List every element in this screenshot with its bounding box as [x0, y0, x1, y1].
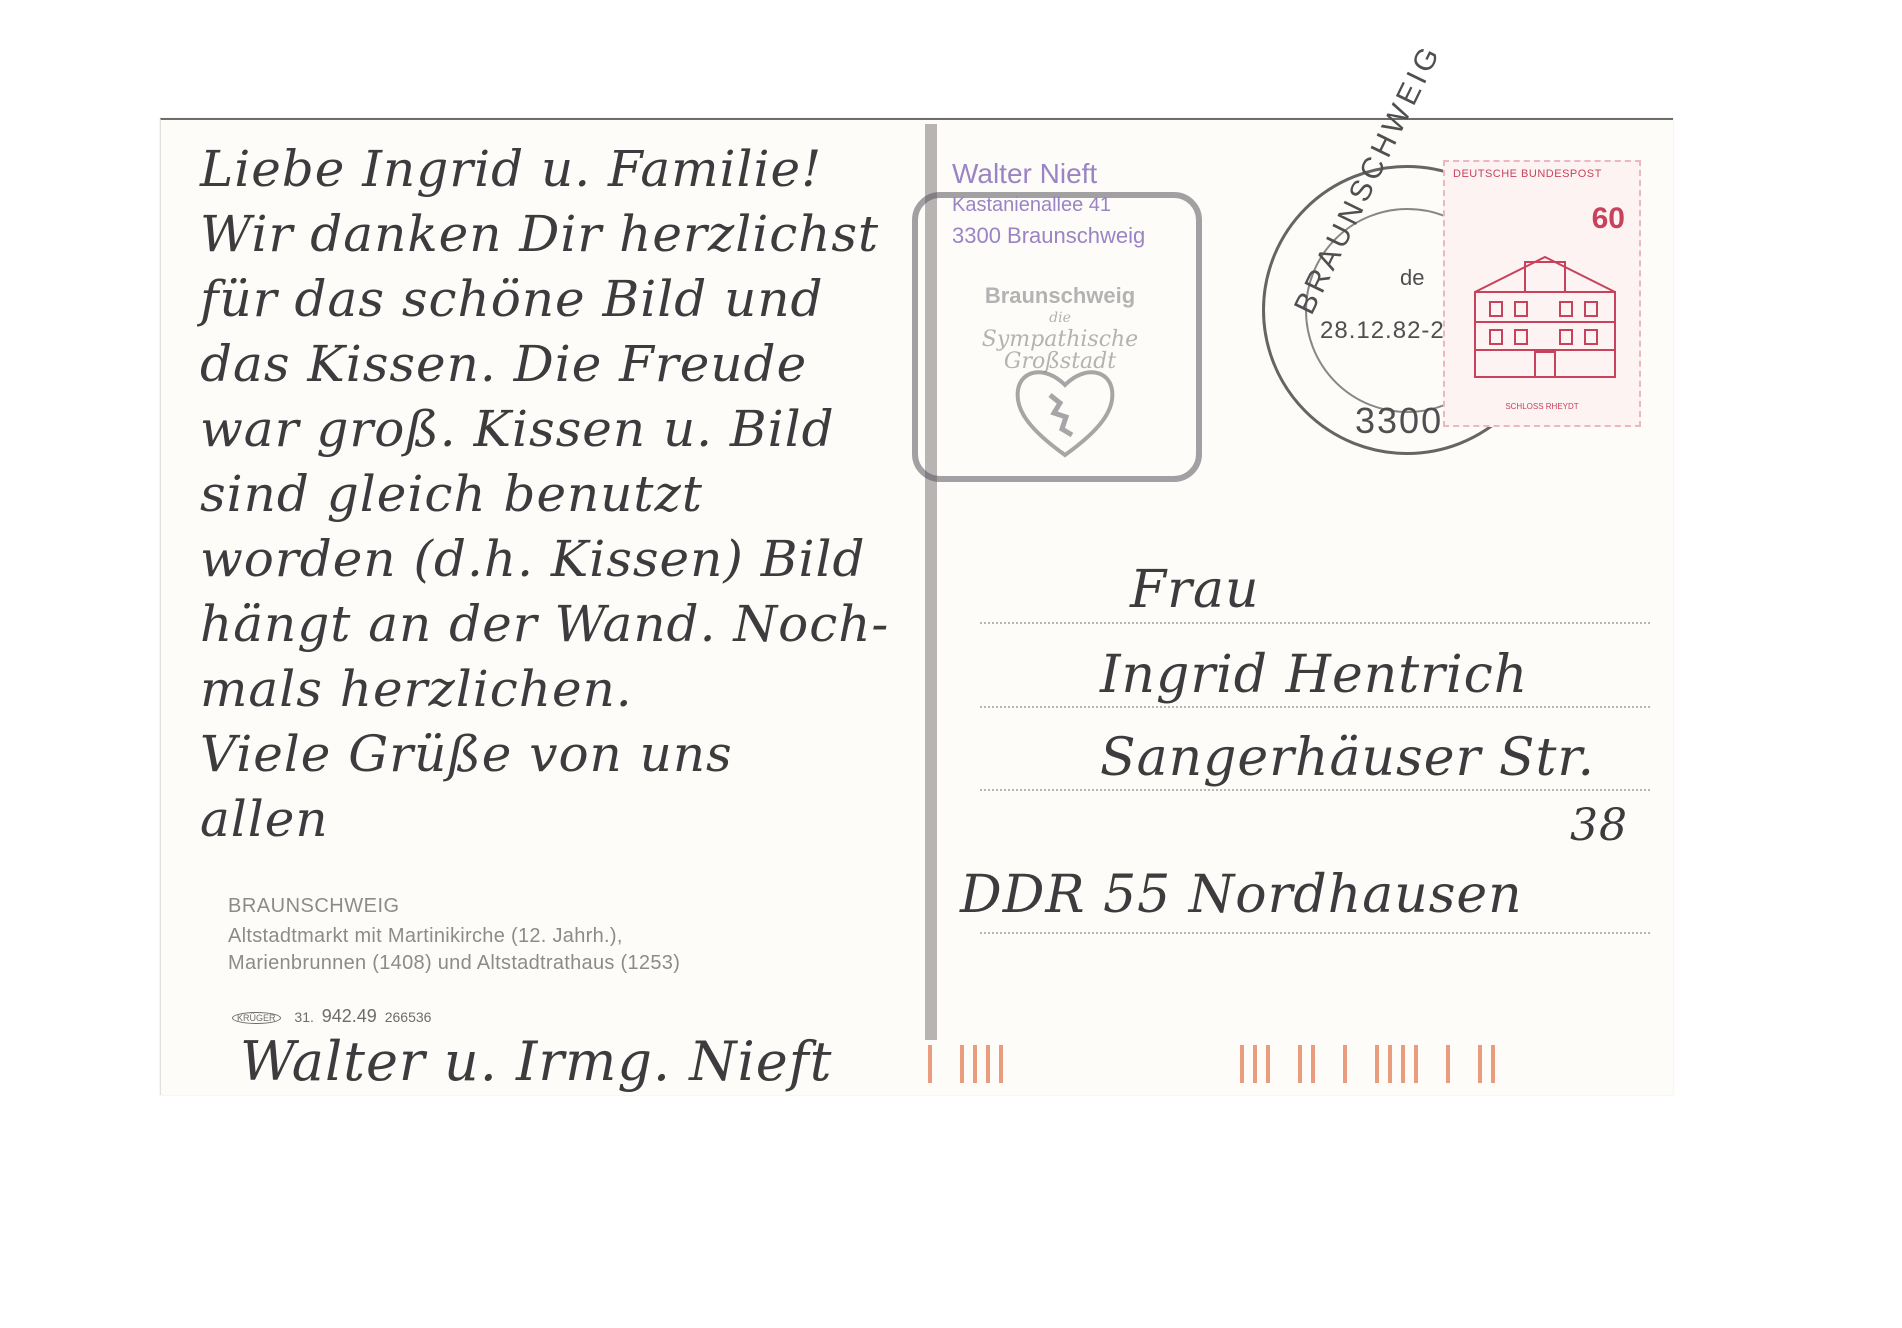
message-line: mals herzlichen. [200, 660, 633, 718]
sender-name: Walter Nieft [952, 158, 1145, 190]
postmark-zip: 3300 [1355, 400, 1443, 442]
caption-line-2: Marienbrunnen (1408) und Altstadtrathaus… [228, 952, 680, 975]
postage-stamp: DEUTSCHE BUNDESPOST 60 SCHLOSS RHEYDT [1443, 160, 1641, 427]
message-line: das Kissen. Die Freude [200, 335, 807, 393]
message-line: Liebe Ingrid u. Familie! [200, 140, 822, 198]
publisher-code: 266536 [385, 1009, 432, 1025]
postmark-code: de [1400, 265, 1424, 291]
address-line: DDR 55 Nordhausen [960, 865, 1523, 925]
address-line: Sangerhäuser Str. [1100, 728, 1595, 788]
stamp-value: 60 [1592, 202, 1625, 236]
message-line: hängt an der Wand. Noch- [200, 595, 889, 653]
address-rule [980, 622, 1650, 624]
slogan-line: Sympathische [950, 329, 1170, 351]
address-line: Ingrid Hentrich [1100, 645, 1528, 705]
stamp-country: DEUTSCHE BUNDESPOST [1453, 168, 1602, 180]
message-line: war groß. Kissen u. Bild [200, 400, 835, 458]
postmark-date: 28.12.82-21 [1320, 317, 1459, 345]
slogan-line: die [950, 307, 1170, 329]
publisher-series: 31. [294, 1009, 313, 1025]
sender-city: 3300 Braunschweig [952, 223, 1145, 249]
address-rule [980, 706, 1650, 708]
message-line: für das schöne Bild und [200, 270, 824, 328]
address-rule [980, 932, 1650, 934]
caption-title: BRAUNSCHWEIG [228, 895, 400, 918]
address-line: Frau [1130, 560, 1259, 620]
message-line: sind gleich benutzt [200, 465, 703, 523]
postal-barcode-right [1240, 1045, 1495, 1083]
postal-barcode-left [928, 1045, 1003, 1083]
address-line: 38 [1570, 800, 1628, 851]
lion-heart-emblem-icon [1010, 355, 1120, 465]
caption-line-1: Altstadtmarkt mit Martinikirche (12. Jah… [228, 925, 623, 948]
publisher-number: 942.49 [322, 1006, 377, 1026]
message-line: worden (d.h. Kissen) Bild [200, 530, 865, 588]
stamp-caption: SCHLOSS RHEYDT [1445, 402, 1639, 411]
sender-street: Kastanienallee 41 [952, 194, 1145, 217]
address-rule [980, 789, 1650, 791]
message-line: allen [200, 790, 329, 848]
publisher-info: KRÜGER 31. 942.49 266536 [232, 1006, 431, 1027]
signature: Walter u. Irmg. Nieft [240, 1030, 832, 1093]
message-line: Viele Grüße von uns [200, 725, 733, 783]
castle-illustration-icon [1455, 242, 1633, 392]
message-line: Wir danken Dir herzlichst [200, 205, 879, 263]
slogan-line: Braunschweig [950, 285, 1170, 307]
publisher-logo: KRÜGER [232, 1012, 281, 1024]
sender-address-stamp: Walter Nieft Kastanienallee 41 3300 Brau… [952, 158, 1145, 249]
